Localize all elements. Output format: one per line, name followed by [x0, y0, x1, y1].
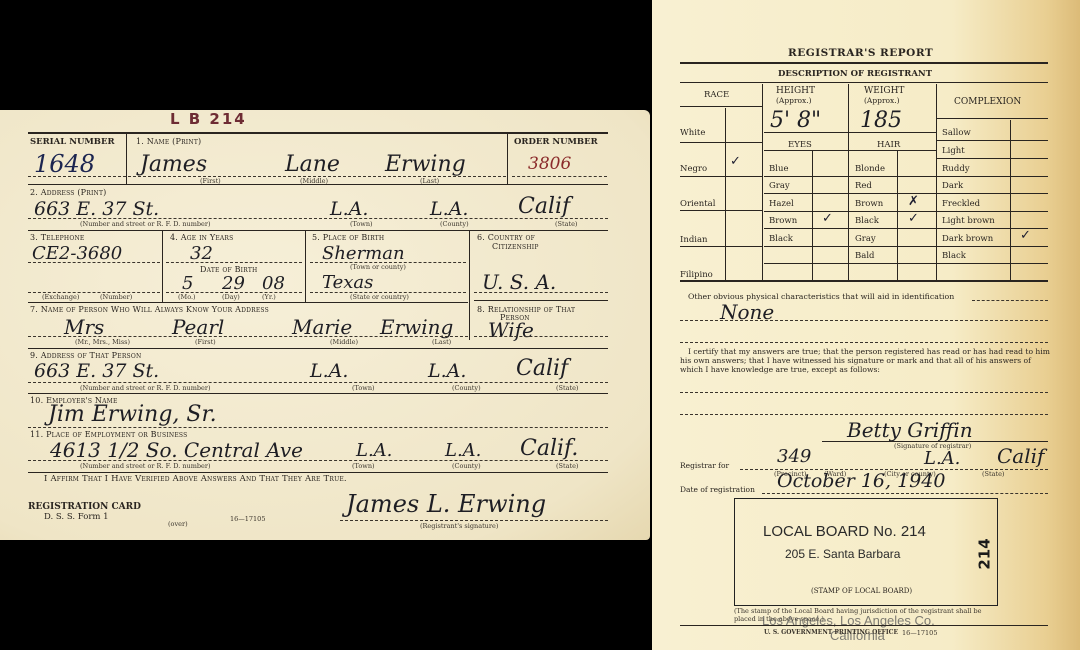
precinct-value: 349	[777, 446, 811, 467]
birthplace-label: 5. Place of Birth	[312, 233, 384, 242]
sub-county: (County)	[440, 220, 469, 228]
race-check-icon: ✓	[730, 154, 741, 169]
sub-state-3: (State)	[556, 462, 578, 470]
hair-gray: Gray	[855, 234, 876, 244]
eyes-blue: Blue	[769, 164, 788, 174]
address-county: L.A.	[430, 198, 468, 220]
sub-day: (Day)	[222, 293, 240, 301]
eyes-header: EYES	[788, 140, 812, 150]
weight-header: WEIGHT	[864, 86, 904, 96]
registrars-report-back: REGISTRAR'S REPORT DESCRIPTION OF REGIST…	[652, 0, 1080, 650]
sub-middle-2: (Middle)	[330, 338, 358, 346]
complexion-freckled: Freckled	[942, 199, 980, 209]
report-title: REGISTRAR'S REPORT	[788, 47, 933, 59]
citizenship-label-2: Citizenship	[492, 242, 539, 251]
sub-town: (Town)	[350, 220, 373, 228]
dob-day: 29	[222, 273, 245, 294]
date-value: October 16, 1940	[777, 470, 945, 492]
sub-yr: (Yr.)	[262, 293, 276, 301]
registration-card-front: L B 214 SERIAL NUMBER 1648 1. Name (Prin…	[0, 110, 650, 540]
telephone-value: CE2-3680	[32, 243, 122, 264]
age-value: 32	[190, 243, 213, 264]
over-text: (over)	[168, 520, 188, 528]
complexion-black: Black	[942, 251, 966, 261]
name-first: James	[140, 152, 207, 177]
eyes-brown: Brown	[769, 216, 797, 226]
eyes-check-icon: ✓	[822, 211, 833, 226]
sub-county-3: (County)	[452, 462, 481, 470]
complexion-light-brown: Light brown	[942, 216, 995, 226]
address-label: 2. Address (Print)	[30, 188, 107, 197]
eyes-gray: Gray	[769, 181, 790, 191]
complexion-light: Light	[942, 146, 965, 156]
race-negro: Negro	[680, 164, 707, 174]
printer-text: U. S. GOVERNMENT PRINTING OFFICE	[764, 629, 898, 636]
form-name: D. S. S. Form 1	[44, 512, 109, 522]
eyes-hazel: Hazel	[769, 199, 794, 209]
complexion-ruddy: Ruddy	[942, 164, 970, 174]
local-board-stamp-box: LOCAL BOARD No. 214 205 E. Santa Barbara…	[734, 498, 998, 606]
race-header: RACE	[704, 90, 729, 100]
name-last: Erwing	[385, 152, 466, 177]
race-white: White	[680, 128, 705, 138]
name-middle: Lane	[285, 152, 340, 177]
hair-cross-icon: ✗	[908, 194, 919, 209]
order-number-value: 3806	[528, 154, 571, 174]
hair-brown: Brown	[855, 199, 883, 209]
sub-exchange: (Exchange)	[42, 293, 79, 301]
height-header: HEIGHT	[776, 86, 815, 96]
complexion-check-icon: ✓	[1020, 228, 1031, 243]
complexion-dark: Dark	[942, 181, 963, 191]
employment-street: 4613 1/2 So. Central Ave	[50, 438, 303, 462]
citizenship-value: U. S. A.	[482, 270, 556, 294]
contact-label: 7. Name of Person Who Will Always Know Y…	[30, 305, 269, 314]
sub-town-county: (Town or county)	[350, 263, 406, 271]
registrant-signature: James L. Erwing	[346, 490, 546, 518]
printer-code: 16—17105	[902, 629, 937, 637]
eyes-black: Black	[769, 234, 793, 244]
city-value: L.A.	[924, 448, 960, 469]
sub-street-3: (Number and street or R. F. D. number)	[80, 462, 211, 470]
certify-text: I certify that my answers are true; that…	[680, 347, 1050, 374]
contact-state: Calif	[516, 356, 568, 381]
contact-town: L.A.	[310, 360, 348, 382]
height-sub: (Approx.)	[776, 96, 812, 105]
sub-town-3: (Town)	[352, 462, 375, 470]
weight-value: 185	[860, 108, 902, 133]
serial-number-value: 1648	[34, 150, 95, 178]
complexion-header: COMPLEXION	[954, 97, 1021, 107]
order-number-label: ORDER NUMBER	[514, 137, 598, 147]
sub-street-2: (Number and street or R. F. D. number)	[80, 384, 211, 392]
birthplace-town: Sherman	[322, 243, 405, 264]
hair-red: Red	[855, 181, 872, 191]
name-label: 1. Name (Print)	[136, 137, 201, 146]
registrar-for-label: Registrar for	[680, 461, 729, 470]
citizenship-label: 6. Country of	[477, 233, 535, 242]
stamp-caption: (STAMP OF LOCAL BOARD)	[811, 587, 912, 595]
stamp-side-number: 214	[976, 538, 994, 569]
sub-state-country: (State or country)	[350, 293, 409, 301]
sub-state: (State)	[555, 220, 577, 228]
address-town: L.A.	[330, 198, 368, 220]
registrar-signature: Betty Griffin	[847, 418, 973, 442]
weight-sub: (Approx.)	[864, 96, 900, 105]
employment-town: L.A.	[356, 440, 392, 461]
sub-county-2: (County)	[452, 384, 481, 392]
sub-last-2: (Last)	[432, 338, 451, 346]
address-state: Calif	[518, 194, 570, 219]
sub-state-2: (State)	[556, 384, 578, 392]
complexion-dark-brown: Dark brown	[942, 234, 993, 244]
employment-county: L.A.	[445, 440, 481, 461]
sub-state-r: (State)	[982, 470, 1004, 478]
hair-black: Black	[855, 216, 879, 226]
serial-number-label: SERIAL NUMBER	[30, 137, 115, 147]
date-label: Date of registration	[680, 485, 755, 494]
form-code: 16—17105	[230, 515, 265, 523]
race-filipino: Filipino	[680, 270, 713, 280]
sub-first-2: (First)	[195, 338, 216, 346]
sub-title: (Mr., Mrs., Miss)	[75, 338, 130, 346]
contact-address-label: 9. Address of That Person	[30, 351, 141, 360]
employer-value: Jim Erwing, Sr.	[48, 402, 217, 427]
dob-year: 08	[262, 273, 285, 294]
height-value: 5' 8"	[770, 108, 821, 133]
contact-street: 663 E. 37 St.	[34, 360, 159, 382]
sub-mo: (Mo.)	[178, 293, 196, 301]
state-value: Calif	[997, 444, 1044, 468]
relationship-value: Wife	[488, 318, 534, 342]
contact-county: L.A.	[428, 360, 466, 382]
employment-state: Calif.	[520, 436, 578, 461]
report-subtitle: DESCRIPTION OF REGISTRANT	[778, 69, 932, 79]
hair-blonde: Blonde	[855, 164, 885, 174]
hair-bald: Bald	[855, 251, 874, 261]
hair-header: HAIR	[877, 140, 900, 150]
sub-signature: (Registrant's signature)	[420, 522, 498, 530]
card-title: REGISTRATION CARD	[28, 502, 141, 512]
age-label: 4. Age in Years	[170, 233, 233, 242]
race-indian: Indian	[680, 235, 708, 245]
sub-number: (Number)	[100, 293, 132, 301]
telephone-label: 3. Telephone	[30, 233, 84, 242]
birthplace-state: Texas	[322, 272, 373, 293]
address-street: 663 E. 37 St.	[34, 198, 159, 220]
sub-town-2: (Town)	[352, 384, 375, 392]
affirm-text: I Affirm That I Have Verified Above Answ…	[44, 474, 347, 484]
stamp-line-2: 205 E. Santa Barbara	[785, 547, 900, 561]
complexion-sallow: Sallow	[942, 128, 971, 138]
sub-street: (Number and street or R. F. D. number)	[80, 220, 211, 228]
stamp-line-1: LOCAL BOARD No. 214	[763, 523, 926, 540]
dob-month: 5	[182, 273, 193, 294]
hair-check-icon: ✓	[908, 211, 919, 226]
race-oriental: Oriental	[680, 199, 715, 209]
lb-stamp: L B 214	[170, 110, 247, 128]
